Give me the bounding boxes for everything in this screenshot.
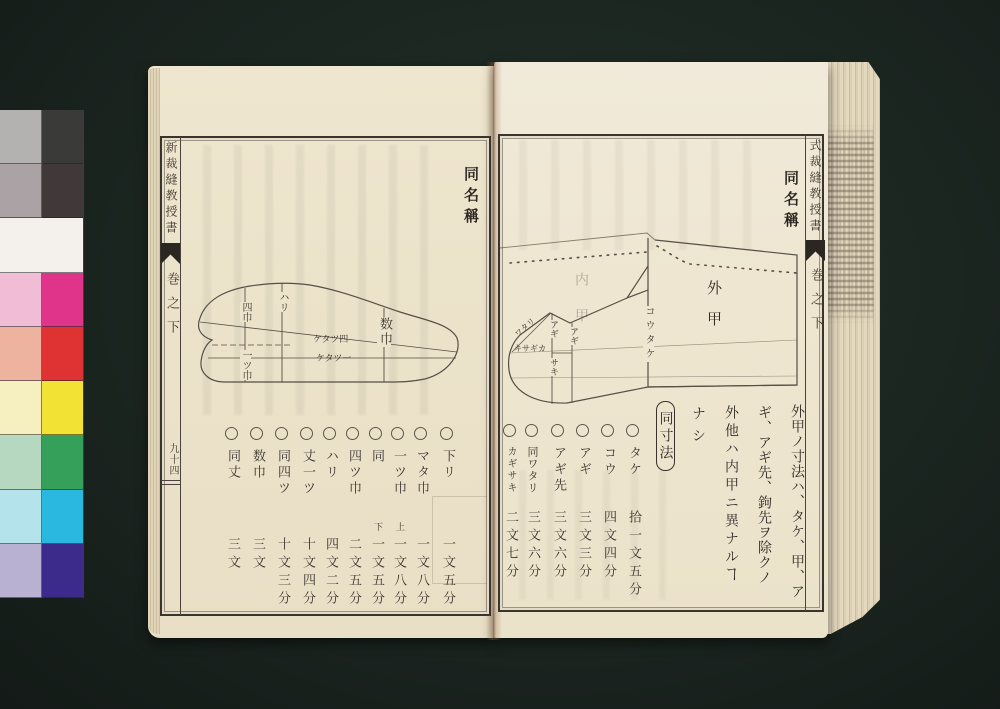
item-label: 同 xyxy=(368,449,384,465)
table-column: 数巾 三文 xyxy=(249,427,265,617)
item-label: 下リ xyxy=(439,449,455,481)
table-column: マタ巾 一文八分 xyxy=(413,427,429,617)
position-note: 下 xyxy=(371,522,382,531)
label-hitotsu-haba: 一ツ巾 xyxy=(240,350,251,380)
table-column: 下リ 一文五分 xyxy=(439,427,455,617)
swatch-dark-brown xyxy=(42,164,84,218)
measurement-value: 三文六分 xyxy=(550,510,566,582)
right-spine-volume: 巻之下 xyxy=(807,268,823,340)
circle-marker-icon xyxy=(369,427,382,440)
item-label: 一ツ巾 xyxy=(390,449,406,497)
swatch-light-pink xyxy=(0,273,42,327)
circle-marker-icon xyxy=(391,427,404,440)
measurement-value: 三文六分 xyxy=(524,510,540,582)
measurement-value: 二文五分 xyxy=(345,537,361,609)
circle-marker-icon xyxy=(414,427,427,440)
swatch-indigo xyxy=(42,544,84,598)
item-label: 同ワタリ xyxy=(524,446,540,494)
right-page-heading: 同名稱 xyxy=(782,170,799,233)
left-spine-divider xyxy=(180,137,181,615)
label-hari: ハリ xyxy=(277,292,288,312)
body-text-column: ナシ xyxy=(690,406,706,450)
circle-marker-icon xyxy=(275,427,288,440)
measurement-value: 一文五分 xyxy=(368,537,384,609)
table-column: アギ先 三文六分 xyxy=(550,424,566,614)
body-text-column: ギ、アギ先、鉤先ヲ除クノ xyxy=(756,405,772,585)
measurement-value: 拾一文五分 xyxy=(625,510,641,600)
measurement-value: 三文三分 xyxy=(575,510,591,582)
table-column: 丈一ツ 十文四分 xyxy=(299,427,315,617)
label-agi: アギ xyxy=(547,320,558,338)
measurement-value: 三文 xyxy=(224,537,240,573)
item-label: ハリ xyxy=(322,449,338,481)
table-column: ハリ 四文二分 xyxy=(322,427,338,617)
left-page-heading: 同名稱 xyxy=(462,166,479,229)
swatch-white xyxy=(0,218,83,272)
circle-marker-icon xyxy=(626,424,639,437)
measurement-value: 十文四分 xyxy=(299,537,315,609)
swatch-yellow xyxy=(42,381,84,435)
swatch-mauve-gray xyxy=(0,164,42,218)
label-saki: サキ xyxy=(547,358,558,376)
table-column: 同丈 三文 xyxy=(224,427,240,617)
circle-marker-icon xyxy=(300,427,313,440)
measurement-value: 十文三分 xyxy=(274,537,290,609)
item-label: マタ巾 xyxy=(413,449,429,497)
swatch-pale-cyan xyxy=(0,490,42,544)
item-label: 同丈 xyxy=(224,449,240,481)
table-column: 一ツ巾 上 一文八分 xyxy=(390,427,406,617)
measurement-value: 三文 xyxy=(249,537,265,573)
label-hitotsu-take: 一ツタケ xyxy=(316,354,351,365)
circle-marker-icon xyxy=(525,424,538,437)
table-column: アギ 三文三分 xyxy=(575,424,591,614)
table-column: 同四ツ 十文三分 xyxy=(274,427,290,617)
swatch-pale-yellow xyxy=(0,381,42,435)
table-column: 同 下 一文五分 xyxy=(368,427,384,617)
circle-marker-icon xyxy=(225,427,238,440)
circle-marker-icon xyxy=(250,427,263,440)
circle-marker-icon xyxy=(440,427,453,440)
swatch-pale-green xyxy=(0,435,42,489)
measurement-value: 一文八分 xyxy=(413,537,429,609)
body-text-column: 外他ハ内甲ニ異ナルヿ xyxy=(723,405,739,585)
circle-marker-icon xyxy=(346,427,359,440)
measurement-value: 四文四分 xyxy=(600,510,616,582)
circle-marker-icon xyxy=(551,424,564,437)
circle-marker-icon xyxy=(323,427,336,440)
right-spine-divider xyxy=(805,135,806,611)
item-label: 同四ツ xyxy=(274,449,290,497)
swatch-lavender xyxy=(0,544,42,598)
item-label: カギサキ xyxy=(502,446,518,494)
item-label: コウ xyxy=(600,446,616,478)
table-column: コウ 四文四分 xyxy=(600,424,616,614)
left-spine-title: 新裁縫教授書 xyxy=(163,141,179,237)
page-number: 九十四 xyxy=(165,443,179,476)
label-kagisaki: カギサキ xyxy=(514,343,546,354)
swatch-light-gray xyxy=(0,110,42,164)
table-column: カギサキ 二文七分 xyxy=(502,424,518,614)
circle-marker-icon xyxy=(576,424,589,437)
table-column: 四ツ巾 二文五分 xyxy=(345,427,361,617)
swatch-red xyxy=(42,327,84,381)
position-note: 上 xyxy=(393,522,404,531)
circle-marker-icon xyxy=(503,424,516,437)
item-label: 数巾 xyxy=(249,449,265,481)
label-agi: アギ xyxy=(567,327,578,345)
swatch-dark-gray xyxy=(42,110,84,164)
circle-marker-icon xyxy=(601,424,614,437)
section-label-box: 同寸法 xyxy=(656,401,675,471)
color-calibration-chart xyxy=(0,110,83,598)
swatch-magenta xyxy=(42,273,84,327)
item-label: タケ xyxy=(625,446,641,478)
label-soto-kou: 外甲 xyxy=(705,280,722,342)
table-column: タケ 拾一文五分 xyxy=(625,424,641,614)
measurement-value: 二文七分 xyxy=(502,510,518,582)
item-label: 丈一ツ xyxy=(299,449,315,497)
photo-stage: 新裁縫教授書 巻之下 九十四 同名稱 式裁縫教授書 巻之下 同名稱 xyxy=(0,0,1000,709)
left-page-edge xyxy=(148,68,160,634)
spine-double-rule xyxy=(161,480,180,485)
right-spine-title: 式裁縫教授書 xyxy=(807,139,823,235)
table-column: 同ワタリ 三文六分 xyxy=(524,424,540,614)
item-label: 四ツ巾 xyxy=(345,449,361,497)
swatch-salmon xyxy=(0,327,42,381)
body-text-column: 外甲ノ寸法ハ、タケ、甲、ア xyxy=(789,404,805,599)
label-kou-take: コウタケ xyxy=(643,306,654,362)
measurement-value: 四文二分 xyxy=(322,537,338,609)
swatch-green xyxy=(42,435,84,489)
label-yotsu-take: 四ツタケ xyxy=(313,335,348,346)
item-label: アギ xyxy=(575,446,591,478)
label-kazu-haba: 数巾 xyxy=(377,317,391,347)
swatch-cyan xyxy=(42,490,84,544)
measurement-value: 一文八分 xyxy=(390,537,406,609)
measurement-value: 一文五分 xyxy=(439,537,455,609)
label-shi-haba: 四巾 xyxy=(240,302,251,322)
item-label: アギ先 xyxy=(550,446,566,494)
page-stack-printed-marks xyxy=(824,124,874,324)
section-label: 同寸法 xyxy=(658,411,674,462)
left-spine-volume: 巻之下 xyxy=(163,272,179,344)
